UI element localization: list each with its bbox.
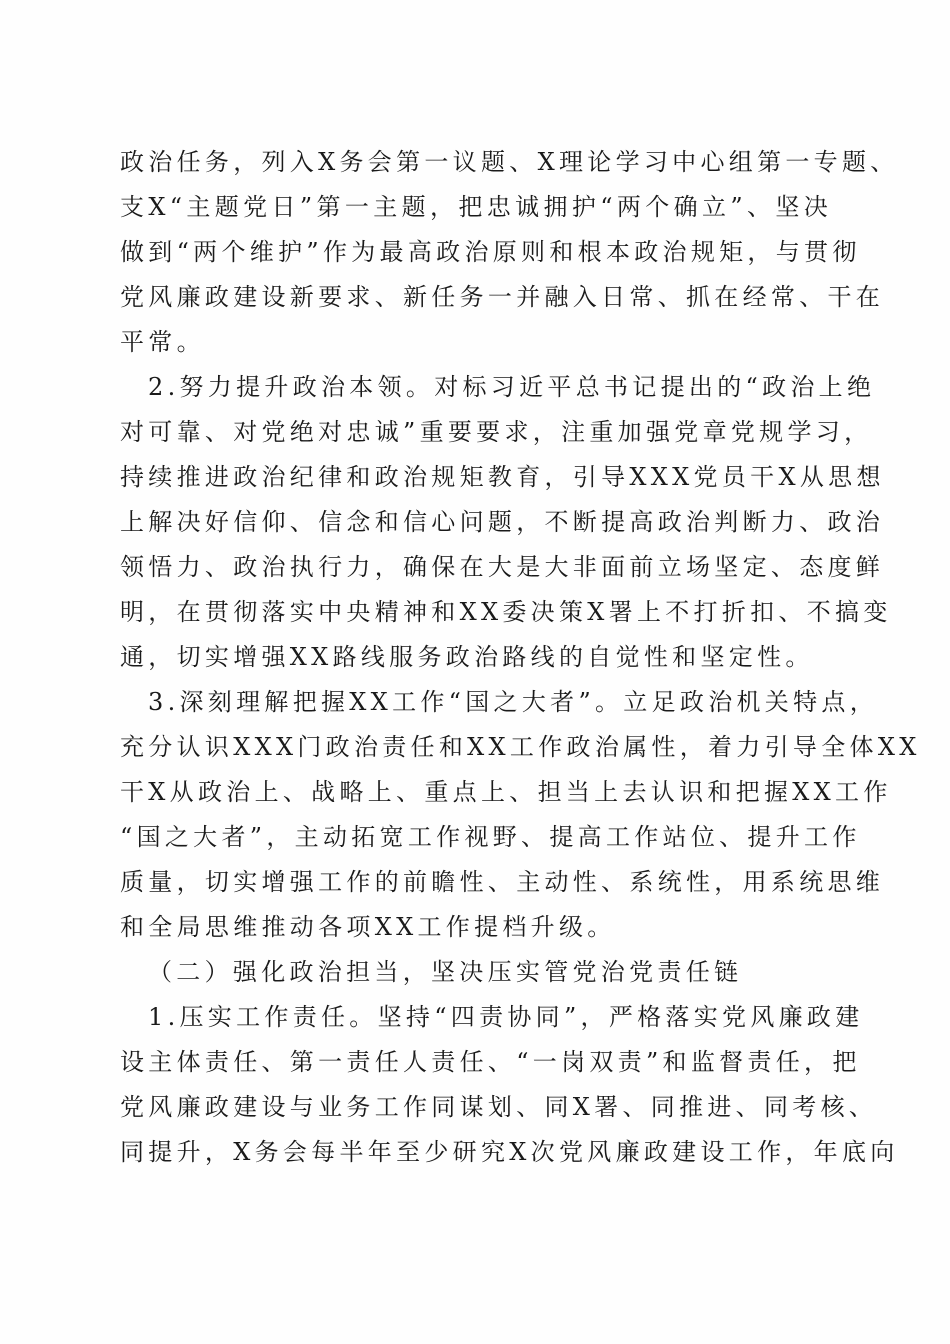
text-line: “国之大者”，主动拓宽工作视野、提高工作站位、提升工作 xyxy=(120,815,832,860)
text-line: 持续推进政治纪律和政治规矩教育，引导XXX党员干X从思想 xyxy=(120,455,832,500)
text-line: 同提升，X务会每半年至少研究X次党风廉政建设工作，年底向 xyxy=(120,1130,832,1175)
text-line: 和全局思维推动各项XX工作提档升级。 xyxy=(120,905,832,950)
text-line: 质量，切实增强工作的前瞻性、主动性、系统性，用系统思维 xyxy=(120,860,832,905)
paragraph-first-line: 1.压实工作责任。坚持“四责协同”，严格落实党风廉政建 xyxy=(120,995,832,1040)
text-line: 干X从政治上、战略上、重点上、担当上去认识和把握XX工作 xyxy=(120,770,832,815)
text-line: 党风廉政建设与业务工作同谋划、同X署、同推进、同考核、 xyxy=(120,1085,832,1130)
text-line: 设主体责任、第一责任人责任、“一岗双责”和监督责任，把 xyxy=(120,1040,832,1085)
text-line: 对可靠、对党绝对忠诚”重要要求，注重加强党章党规学习， xyxy=(120,410,832,455)
text-line: 充分认识XXX门政治责任和XX工作政治属性，着力引导全体XX xyxy=(120,725,832,770)
text-line: 支X“主题党日”第一主题，把忠诚拥护“两个确立”、坚决 xyxy=(120,185,832,230)
document-body: 政治任务，列入X务会第一议题、X理论学习中心组第一专题、 支X“主题党日”第一主… xyxy=(120,140,832,1175)
text-line: 明，在贯彻落实中央精神和XX委决策X署上不打折扣、不搞变 xyxy=(120,590,832,635)
text-line: 上解决好信仰、信念和信心问题，不断提高政治判断力、政治 xyxy=(120,500,832,545)
text-line: 党风廉政建设新要求、新任务一并融入日常、抓在经常、干在 xyxy=(120,275,832,320)
section-heading: （二）强化政治担当，坚决压实管党治党责任链 xyxy=(120,950,832,995)
text-line: 通，切实增强XX路线服务政治路线的自觉性和坚定性。 xyxy=(120,635,832,680)
text-line: 平常。 xyxy=(120,320,832,365)
paragraph-first-line: 2.努力提升政治本领。对标习近平总书记提出的“政治上绝 xyxy=(120,365,832,410)
text-line: 做到“两个维护”作为最高政治原则和根本政治规矩，与贯彻 xyxy=(120,230,832,275)
document-page: 政治任务，列入X务会第一议题、X理论学习中心组第一专题、 支X“主题党日”第一主… xyxy=(0,0,950,1344)
text-line: 领悟力、政治执行力，确保在大是大非面前立场坚定、态度鲜 xyxy=(120,545,832,590)
text-line: 政治任务，列入X务会第一议题、X理论学习中心组第一专题、 xyxy=(120,140,832,185)
paragraph-first-line: 3.深刻理解把握XX工作“国之大者”。立足政治机关特点， xyxy=(120,680,832,725)
